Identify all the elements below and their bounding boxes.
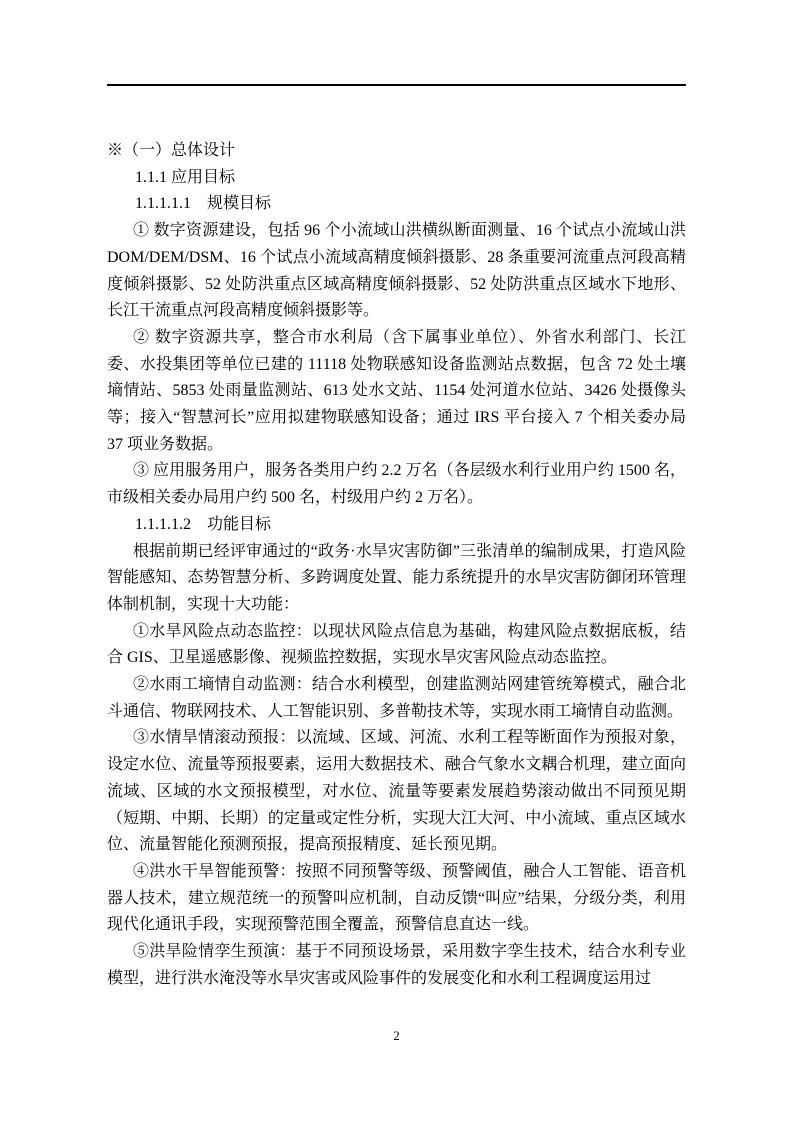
- header-rule: [107, 84, 686, 86]
- paragraph: ③ 应用服务用户，服务各类用户约 2.2 万名（各层级水利行业用户约 1500 …: [107, 458, 686, 511]
- paragraph: 根据前期已经评审通过的“政务·水旱灾害防御”三张清单的编制成果，打造风险智能感知…: [107, 539, 686, 619]
- section-heading: 1.1.1 应用目标: [107, 165, 686, 192]
- section-heading: 1.1.1.1.1 规模目标: [107, 191, 686, 218]
- paragraph: ② 数字资源共享，整合市水利局（含下属事业单位）、外省水利部门、长江委、水投集团…: [107, 325, 686, 459]
- document-page: ※（一）总体设计1.1.1 应用目标1.1.1.1.1 规模目标① 数字资源建设…: [0, 0, 793, 1122]
- paragraph: ① 数字资源建设，包括 96 个小流域山洪横纵断面测量、16 个试点小流域山洪 …: [107, 218, 686, 325]
- paragraph: ②水雨工墒情自动监测：结合水利模型，创建监测站网建管统筹模式，融合北斗通信、物联…: [107, 672, 686, 725]
- page-number: 2: [0, 1028, 793, 1044]
- section-heading: ※（一）总体设计: [107, 138, 686, 165]
- paragraph: ④洪水干旱智能预警：按照不同预警等级、预警阈值，融合人工智能、语音机器人技术，建…: [107, 859, 686, 939]
- paragraph: ⑤洪旱险情孪生预演：基于不同预设场景，采用数字孪生技术，结合水利专业模型，进行洪…: [107, 939, 686, 992]
- document-body: ※（一）总体设计1.1.1 应用目标1.1.1.1.1 规模目标① 数字资源建设…: [107, 138, 686, 993]
- paragraph: ①水旱风险点动态监控：以现状风险点信息为基础，构建风险点数据底板，结合 GIS、…: [107, 619, 686, 672]
- paragraph: ③水情旱情滚动预报：以流域、区域、河流、水利工程等断面作为预报对象，设定水位、流…: [107, 725, 686, 859]
- section-heading: 1.1.1.1.2 功能目标: [107, 512, 686, 539]
